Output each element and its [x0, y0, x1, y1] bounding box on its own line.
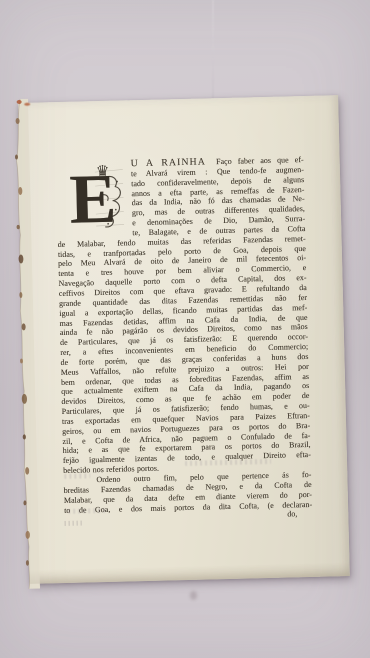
opening-paragraph: ♛ E U A RAINHA Faço faber aos que ef- te… — [56, 155, 306, 240]
pencil-mark — [64, 521, 82, 526]
illuminated-initial-e: ♛ E — [69, 159, 125, 233]
show-through-mark — [64, 473, 90, 479]
photo-backdrop: ♛ E U A RAINHA Faço faber aos que ef- te… — [0, 0, 370, 658]
backdrop-seam — [212, 0, 214, 104]
initial-letter: E — [69, 161, 118, 234]
opening-lines: U A RAINHA Faço faber aos que ef- te Alv… — [131, 155, 306, 238]
document-page: ♛ E U A RAINHA Faço faber aos que ef- te… — [18, 95, 350, 584]
show-through-mark — [68, 508, 106, 514]
backdrop-smudge — [190, 591, 197, 600]
text-block: ♛ E U A RAINHA Faço faber aos que ef- te… — [18, 95, 348, 526]
drop-cap: ♛ E — [69, 159, 125, 233]
